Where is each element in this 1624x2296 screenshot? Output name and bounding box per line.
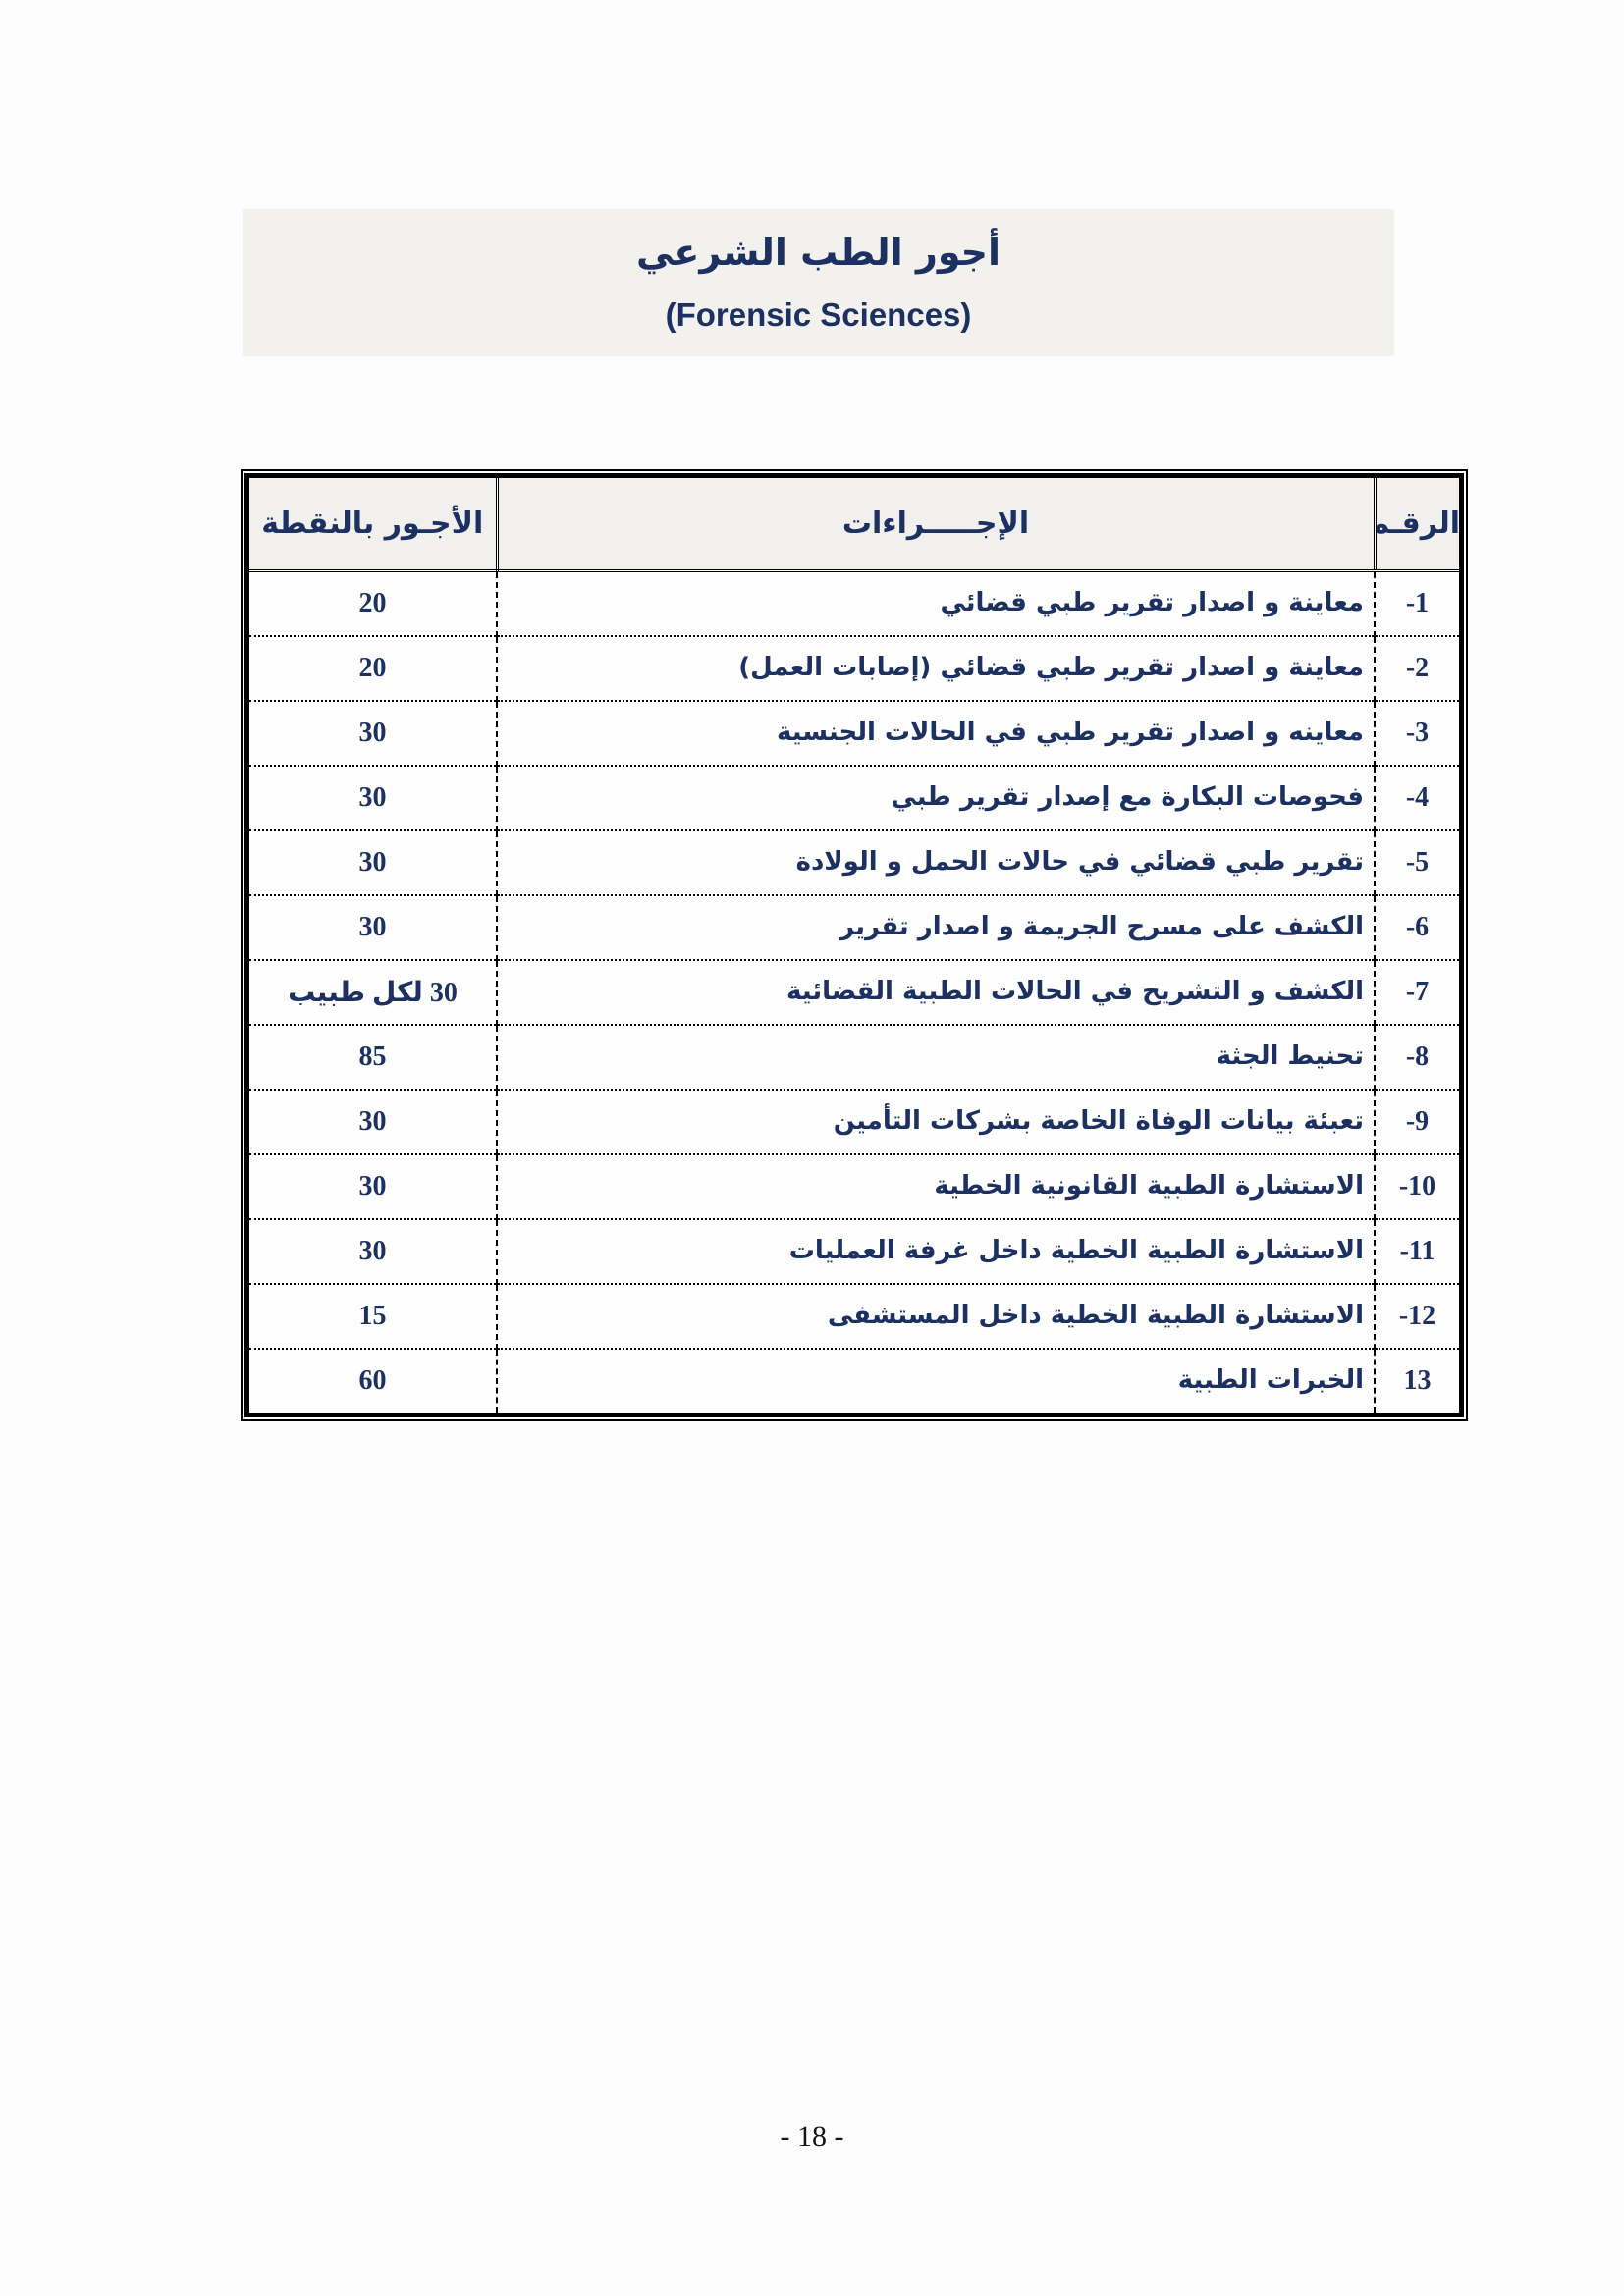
table-body: -1معاينة و اصدار تقرير طبي قضائي20-2معاي… (249, 571, 1459, 1414)
header-number: الرقـم (1375, 478, 1459, 571)
fee-cell: 20 (249, 571, 497, 637)
page-title-english: (Forensic Sciences) (666, 297, 972, 333)
fee-cell: 30 (249, 830, 497, 895)
header-fees: الأجـور بالنقطة (249, 478, 497, 571)
table-row: -11الاستشارة الطبية الخطية داخل غرفة الع… (249, 1219, 1459, 1284)
table-row: -1معاينة و اصدار تقرير طبي قضائي20 (249, 571, 1459, 637)
row-number-cell: -2 (1375, 636, 1459, 701)
fees-table-inner-border: الرقـم الإجـــــراءات الأجـور بالنقطة -1… (244, 473, 1464, 1417)
table-row: -10الاستشارة الطبية القانونية الخطية30 (249, 1154, 1459, 1219)
row-number-cell: -4 (1375, 766, 1459, 830)
table-row: -2معاينة و اصدار تقرير طبي قضائي (إصابات… (249, 636, 1459, 701)
fee-cell: 30 (249, 1219, 497, 1284)
page-number: - 18 - (0, 2120, 1624, 2154)
title-box: أجور الطب الشرعي (Forensic Sciences) (243, 209, 1394, 356)
row-number-cell: -6 (1375, 895, 1459, 960)
page-title-arabic: أجور الطب الشرعي (636, 233, 1001, 274)
procedure-cell: فحوصات البكارة مع إصدار تقرير طبي (497, 766, 1375, 830)
fee-cell: 30 لكل طبيب (249, 960, 497, 1025)
document-page: أجور الطب الشرعي (Forensic Sciences) الر… (0, 0, 1624, 2296)
row-number-cell: -1 (1375, 571, 1459, 637)
fee-cell: 15 (249, 1284, 497, 1349)
row-number-cell: -5 (1375, 830, 1459, 895)
row-number-cell: -7 (1375, 960, 1459, 1025)
row-number-cell: -12 (1375, 1284, 1459, 1349)
procedure-cell: تقرير طبي قضائي في حالات الحمل و الولادة (497, 830, 1375, 895)
table-row: -5تقرير طبي قضائي في حالات الحمل و الولا… (249, 830, 1459, 895)
procedure-cell: معاينة و اصدار تقرير طبي قضائي (إصابات ا… (497, 636, 1375, 701)
table-row: -9تعبئة بيانات الوفاة الخاصة بشركات التأ… (249, 1090, 1459, 1154)
fee-cell: 20 (249, 636, 497, 701)
procedure-cell: معاينه و اصدار تقرير طبي في الحالات الجن… (497, 701, 1375, 766)
table-row: -12الاستشارة الطبية الخطية داخل المستشفى… (249, 1284, 1459, 1349)
row-number-cell: -10 (1375, 1154, 1459, 1219)
procedure-cell: الخبرات الطبية (497, 1349, 1375, 1413)
table-row: -8تحنيط الجثة85 (249, 1025, 1459, 1090)
table-row: -6الكشف على مسرح الجريمة و اصدار تقرير30 (249, 895, 1459, 960)
row-number-cell: -9 (1375, 1090, 1459, 1154)
procedure-cell: تعبئة بيانات الوفاة الخاصة بشركات التأمي… (497, 1090, 1375, 1154)
fees-table-outer-border: الرقـم الإجـــــراءات الأجـور بالنقطة -1… (241, 469, 1468, 1421)
table-header-row: الرقـم الإجـــــراءات الأجـور بالنقطة (249, 478, 1459, 571)
procedure-cell: الاستشارة الطبية الخطية داخل المستشفى (497, 1284, 1375, 1349)
fee-cell: 30 (249, 701, 497, 766)
table-row: -4فحوصات البكارة مع إصدار تقرير طبي30 (249, 766, 1459, 830)
procedure-cell: معاينة و اصدار تقرير طبي قضائي (497, 571, 1375, 637)
fee-cell: 30 (249, 1090, 497, 1154)
procedure-cell: الكشف و التشريح في الحالات الطبية القضائ… (497, 960, 1375, 1025)
procedure-cell: الاستشارة الطبية الخطية داخل غرفة العملي… (497, 1219, 1375, 1284)
table-row: -7الكشف و التشريح في الحالات الطبية القض… (249, 960, 1459, 1025)
table-row: -3معاينه و اصدار تقرير طبي في الحالات ال… (249, 701, 1459, 766)
procedure-cell: تحنيط الجثة (497, 1025, 1375, 1090)
row-number-cell: 13 (1375, 1349, 1459, 1413)
header-procedures: الإجـــــراءات (497, 478, 1375, 571)
fee-cell: 85 (249, 1025, 497, 1090)
fee-cell: 30 (249, 895, 497, 960)
fees-table: الرقـم الإجـــــراءات الأجـور بالنقطة -1… (249, 478, 1459, 1413)
fee-cell: 60 (249, 1349, 497, 1413)
row-number-cell: -3 (1375, 701, 1459, 766)
row-number-cell: -11 (1375, 1219, 1459, 1284)
procedure-cell: الاستشارة الطبية القانونية الخطية (497, 1154, 1375, 1219)
row-number-cell: -8 (1375, 1025, 1459, 1090)
fee-cell: 30 (249, 766, 497, 830)
fee-cell: 30 (249, 1154, 497, 1219)
procedure-cell: الكشف على مسرح الجريمة و اصدار تقرير (497, 895, 1375, 960)
table-row: 13الخبرات الطبية60 (249, 1349, 1459, 1413)
